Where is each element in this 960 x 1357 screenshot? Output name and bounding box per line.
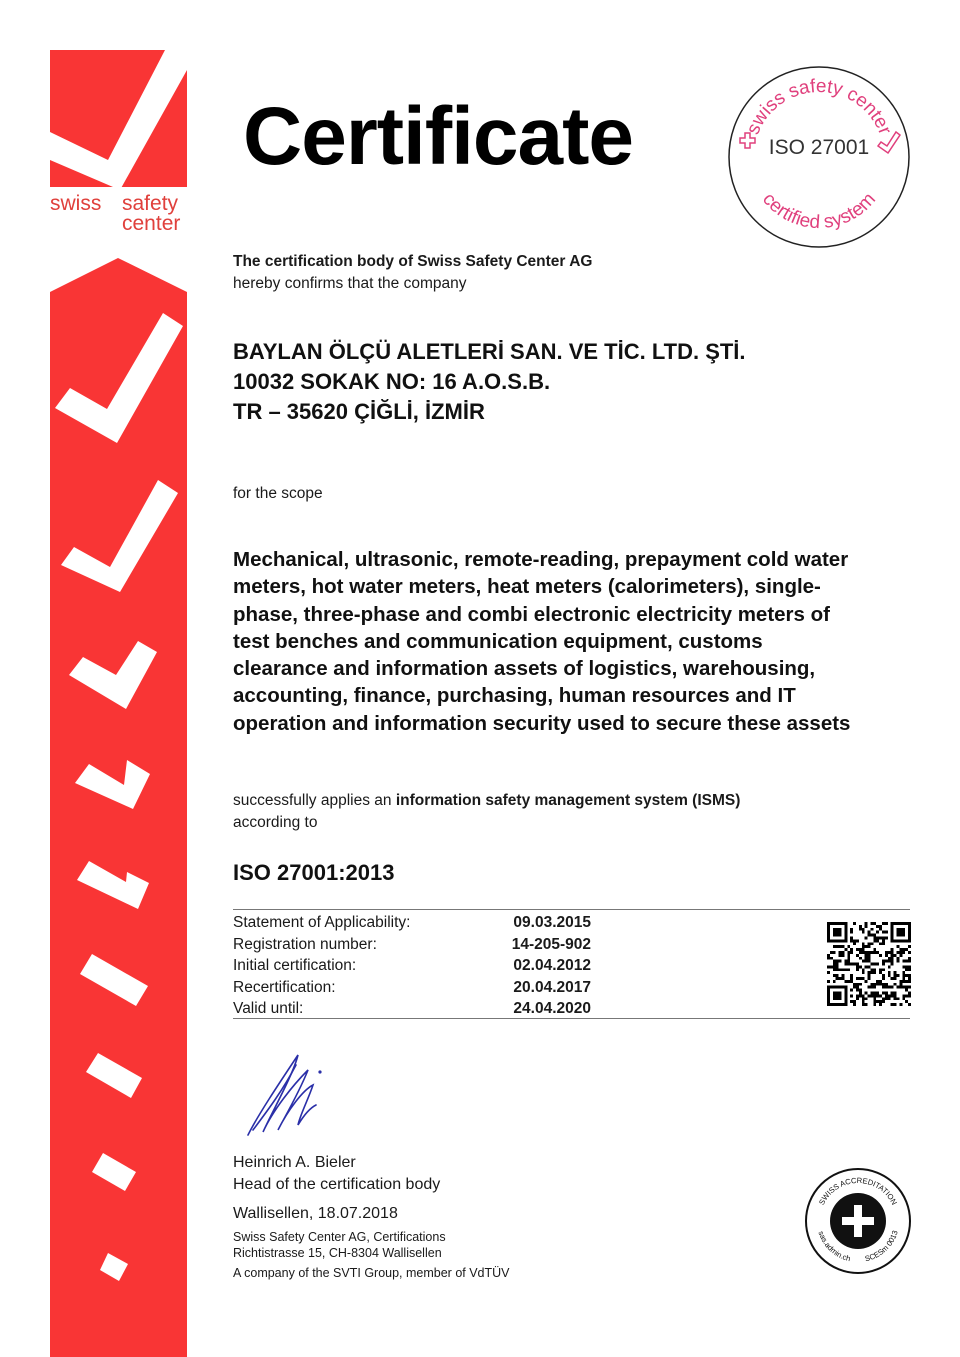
page-title: Certificate: [243, 96, 633, 178]
detail-row: Recertification:20.04.2017: [233, 977, 591, 999]
applies-according: according to: [233, 812, 740, 834]
scope-line: Mechanical, ultrasonic, remote-reading, …: [233, 546, 923, 573]
scope-line: clearance and information assets of logi…: [233, 655, 923, 682]
logo-word-center: center: [122, 212, 180, 235]
place-date: Wallisellen, 18.07.2018: [233, 1205, 398, 1223]
standard-title: ISO 27001:2013: [233, 860, 394, 886]
signature: [238, 1050, 338, 1140]
scope-line: operation and information security used …: [233, 710, 923, 737]
detail-row: Statement of Applicability:09.03.2015: [233, 912, 591, 934]
detail-label: Initial certification:: [233, 955, 491, 977]
scope-line: test benches and communication equipment…: [233, 628, 923, 655]
address-line-2: Richtistrasse 15, CH-8304 Wallisellen: [233, 1246, 446, 1262]
intro-line-2: hereby confirms that the company: [233, 275, 466, 293]
detail-label: Statement of Applicability:: [233, 912, 491, 934]
address-line-1: Swiss Safety Center AG, Certifications: [233, 1230, 446, 1246]
scope-line: meters, hot water meters, heat meters (c…: [233, 573, 923, 600]
iso-seal: swiss safety center certified system ISO…: [726, 64, 912, 250]
swiss-accreditation-seal: SWISS ACCREDITATION sas.admin.ch SCESm 0…: [803, 1166, 913, 1276]
detail-label: Recertification:: [233, 977, 491, 999]
detail-value: 09.03.2015: [491, 912, 591, 934]
details-table: Statement of Applicability:09.03.2015 Re…: [233, 912, 591, 1020]
applies-statement: successfully applies an information safe…: [233, 790, 740, 834]
detail-value: 14-205-902: [491, 934, 591, 956]
detail-value: 20.04.2017: [491, 977, 591, 999]
signer-role: Head of the certification body: [233, 1174, 440, 1196]
applies-prefix: successfully applies an: [233, 792, 396, 809]
scope-text: Mechanical, ultrasonic, remote-reading, …: [233, 546, 923, 737]
signer-name: Heinrich A. Bieler: [233, 1152, 440, 1174]
qr-code-icon[interactable]: [827, 922, 911, 1006]
company-street: 10032 SOKAK NO: 16 A.O.S.B.: [233, 367, 746, 397]
logo-checkmark-icon: [50, 50, 187, 190]
detail-value: 24.04.2020: [491, 998, 591, 1020]
logo-word-swiss: swiss: [50, 192, 101, 215]
seal-center-text: ISO 27001: [769, 136, 869, 159]
detail-label: Registration number:: [233, 934, 491, 956]
detail-value: 02.04.2012: [491, 955, 591, 977]
company-name: BAYLAN ÖLÇÜ ALETLERİ SAN. VE TİC. LTD. Ş…: [233, 337, 746, 367]
detail-row: Valid until:24.04.2020: [233, 998, 591, 1020]
scope-line: accounting, finance, purchasing, human r…: [233, 682, 923, 709]
company-block: BAYLAN ÖLÇÜ ALETLERİ SAN. VE TİC. LTD. Ş…: [233, 337, 746, 427]
brand-band: swiss safety center: [0, 0, 200, 1357]
group-membership: A company of the SVTI Group, member of V…: [233, 1266, 510, 1280]
scope-line: phase, three-phase and combi electronic …: [233, 601, 923, 628]
detail-row: Registration number:14-205-902: [233, 934, 591, 956]
intro-line-1: The certification body of Swiss Safety C…: [233, 253, 592, 271]
detail-row: Initial certification:02.04.2012: [233, 955, 591, 977]
scope-label: for the scope: [233, 485, 323, 503]
divider-top: [233, 909, 910, 910]
detail-label: Valid until:: [233, 998, 491, 1020]
issuer-address: Swiss Safety Center AG, Certifications R…: [233, 1230, 446, 1261]
company-city: TR – 35620 ÇİĞLİ, İZMİR: [233, 397, 746, 427]
applies-system: information safety management system (IS…: [396, 792, 741, 809]
divider-bottom: [233, 1018, 910, 1019]
signer-block: Heinrich A. Bieler Head of the certifica…: [233, 1152, 440, 1196]
